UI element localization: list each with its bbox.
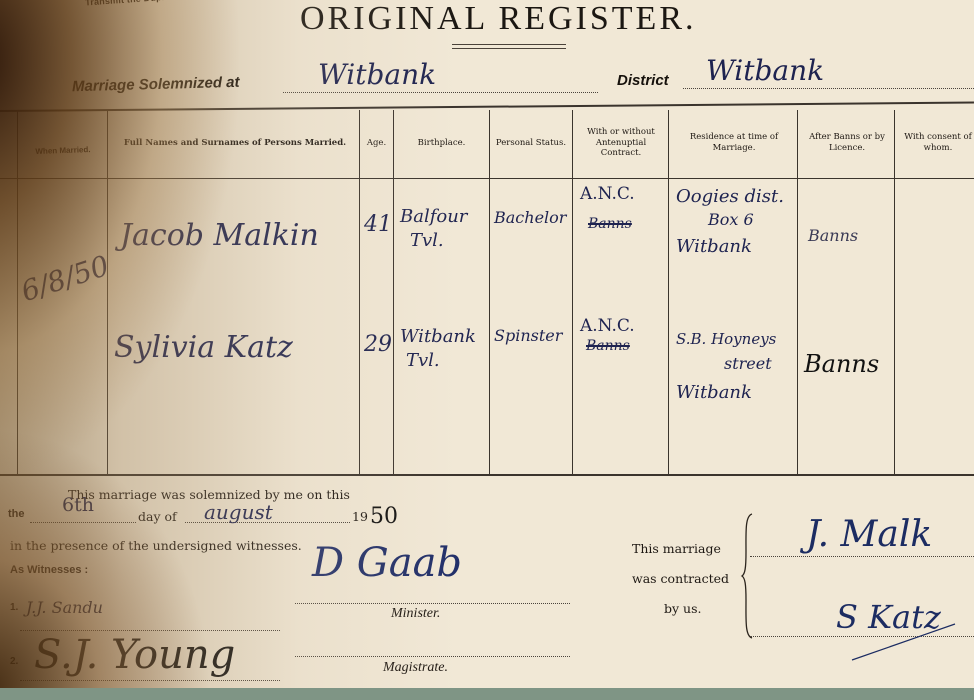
year-prefix: 19 (352, 509, 368, 524)
minister-signature: D Gaab (312, 540, 462, 586)
groom-banns-licence: Banns (808, 226, 858, 245)
groom-residence-line2: Box 6 (708, 210, 754, 229)
contracted-line1: This marriage (632, 541, 721, 556)
header-full-names: Full Names and Surnames of Persons Marri… (115, 138, 355, 149)
witnesses-label: As Witnesses : (10, 564, 88, 576)
solemnized-at-line (283, 92, 598, 93)
contracted-signature-1-line (750, 556, 974, 557)
bride-antenuptial: A.N.C. (580, 316, 635, 336)
day-value: 6th (62, 494, 94, 516)
header-banns-licence: After Banns or by Licence. (805, 132, 889, 153)
bride-age: 29 (364, 332, 392, 357)
groom-antenuptial: A.N.C. (580, 184, 635, 204)
register-page: Transmit the Duplicate ORIGINAL REGISTER… (0, 0, 974, 688)
column-divider (489, 110, 490, 474)
column-divider (393, 110, 394, 474)
contracted-line3: by us. (664, 601, 701, 616)
contracted-line2: was contracted (632, 571, 729, 586)
table-header-bottom-border (0, 178, 974, 179)
header-personal-status: Personal Status. (490, 138, 572, 149)
witness-1-signature: J.J. Sandu (26, 598, 103, 617)
header-consent: With consent of whom. (898, 132, 974, 153)
solemnized-at-value: Witbank (318, 58, 436, 91)
minister-label: Minister. (391, 606, 440, 622)
minister-line (295, 603, 570, 604)
groom-age: 41 (364, 212, 392, 237)
when-married-value: 6/8/50 (17, 249, 113, 308)
bride-residence-line1: S.B. Hoyneys (676, 330, 776, 348)
groom-name: Jacob Malkin (120, 218, 319, 253)
witness-2-signature: S.J. Young (34, 632, 235, 678)
header-when-married: When Married. (22, 145, 104, 158)
header-birthplace: Birthplace. (394, 138, 489, 149)
magistrate-label: Magistrate. (383, 660, 448, 676)
the-label: the (8, 508, 25, 520)
year-value: 50 (370, 504, 398, 529)
bride-banns-licence: Banns (804, 350, 879, 378)
witness-1-line (20, 630, 280, 631)
column-divider (572, 110, 573, 474)
solemnized-at-label: Marriage Solemnized at (72, 74, 240, 95)
witness-2-number: 2. (10, 656, 18, 667)
day-of-label: day of (138, 509, 177, 524)
presence-statement: in the presence of the undersigned witne… (10, 538, 302, 553)
page-title: ORIGINAL REGISTER. (300, 0, 697, 38)
groom-residence-line1: Oogies dist. (676, 186, 784, 207)
column-divider (359, 110, 360, 474)
column-divider (894, 110, 895, 474)
district-line (683, 88, 974, 89)
bride-residence-line2: street (724, 354, 772, 373)
column-divider (668, 110, 669, 474)
day-line (30, 522, 136, 523)
district-label: District (617, 72, 669, 89)
groom-personal-status: Bachelor (494, 208, 566, 227)
groom-antenuptial-struck: Banns (588, 216, 632, 232)
bride-antenuptial-struck: Banns (586, 338, 630, 354)
month-value: august (204, 500, 273, 524)
groom-signature: J. Malk (806, 514, 932, 555)
header-antenuptial: With or without Antenuptial Contract. (578, 127, 664, 159)
column-divider (17, 110, 18, 474)
title-underline (452, 44, 566, 49)
header-age: Age. (360, 138, 393, 149)
bride-residence-line3: Witbank (676, 382, 752, 403)
bride-birthplace-line2: Tvl. (406, 350, 440, 371)
table-bottom-border (0, 474, 974, 476)
bride-name: Sylivia Katz (114, 330, 293, 365)
witness-2-line (20, 680, 280, 681)
groom-birthplace-line1: Balfour (400, 206, 467, 227)
brace-icon (740, 512, 756, 640)
bride-personal-status: Spinster (494, 326, 562, 345)
district-value: Witbank (706, 54, 824, 87)
magistrate-line (295, 656, 570, 657)
column-divider (107, 110, 108, 474)
signature-flourish (850, 618, 960, 663)
groom-birthplace-line2: Tvl. (410, 230, 444, 251)
groom-residence-line3: Witbank (676, 236, 752, 257)
column-divider (797, 110, 798, 474)
header-residence: Residence at time of Marriage. (680, 132, 788, 153)
witness-1-number: 1. (10, 602, 18, 613)
corner-instruction-text: Transmit the Duplicate (85, 0, 186, 8)
bride-birthplace-line1: Witbank (400, 326, 476, 347)
table-top-border (0, 102, 974, 112)
